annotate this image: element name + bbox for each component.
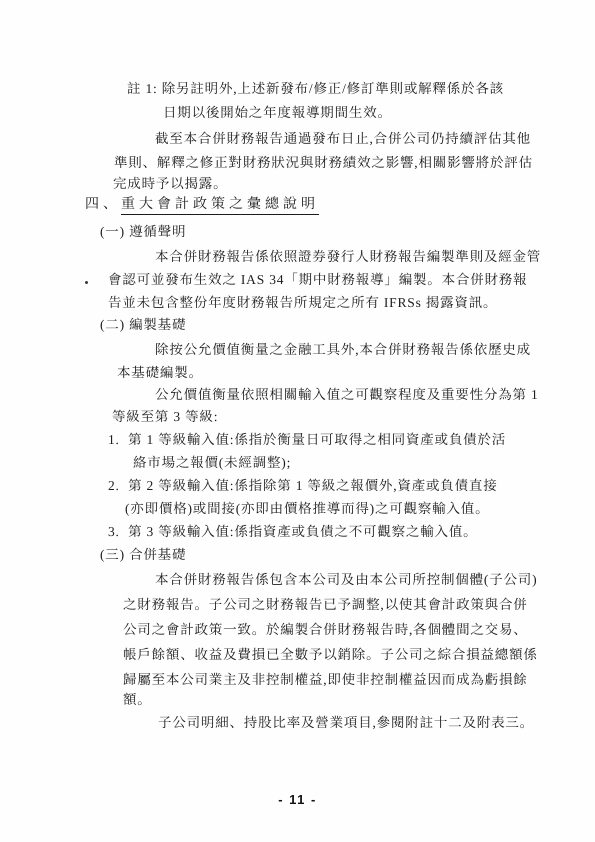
subsection2-item3-line-1: 3. 第 3 等級輸入值:係指資產或負債之不可觀察之輸入值。: [108, 524, 477, 540]
subsection1-para-line-2: 會認可並發布生效之 IAS 34「期中財務報導」編製。本合併財務報: [108, 272, 527, 288]
subsection2-para1-line-1: 除按公允價值衡量之金融工具外,本合併財務報告係依歷史成: [155, 342, 531, 358]
note1-line-2: 日期以後開始之年度報導期間生效。: [163, 105, 392, 121]
subsection2-para1-line-2: 本基礎編製。: [117, 365, 203, 381]
document-page: 註 1: 除另註明外,上述新發布/修正/修訂準則或解釋係於各該 日期以後開始之年…: [0, 0, 595, 842]
intro-paragraph-line-2: 準則、解釋之修正對財務狀況與財務績效之影響,相關影響將於評估: [114, 155, 533, 171]
subsection3-para1-line-5: 歸屬至本公司業主及非控制權益,即使非控制權益因而成為虧損餘: [123, 672, 528, 688]
subsection1-para-line-3: 告並未包含整份年度財務報告所規定之所有 IFRSs 揭露資訊。: [108, 295, 497, 311]
subsection3-para1-line-2: 之財務報告。子公司之財務報告已予調整,以使其會計政策與合併: [123, 597, 528, 613]
note1-line-1: 註 1: 除另註明外,上述新發布/修正/修訂準則或解釋係於各該: [127, 81, 504, 97]
subsection3-para1-line-3: 公司之會計政策一致。於編製合併財務報告時,各個體間之交易、: [123, 622, 528, 638]
subsection2-item2-line-2: (亦即價格)或間接(亦即由價格推導而得)之可觀察輸入值。: [125, 501, 489, 517]
subsection3-para2-line-1: 子公司明細、持股比率及營業項目,參閱附註十二及附表三。: [158, 715, 534, 731]
scan-artifact-dot: [85, 281, 88, 284]
intro-paragraph-line-1: 截至本合併財務報告通過發布日止,合併公司仍持續評估其他: [155, 131, 531, 147]
subsection3-para1-line-6: 額。: [123, 692, 152, 708]
subsection1-para-line-1: 本合併財務報告係依照證券發行人財務報告編製準則及經金管: [155, 249, 541, 265]
subsection2-item2-line-1: 2. 第 2 等級輸入值:係指除第 1 等級之報價外,資產或負債直接: [108, 478, 498, 494]
intro-paragraph-line-3: 完成時予以揭露。: [113, 176, 227, 192]
subsection2-para2-line-2: 等級至第 3 等級:: [112, 409, 218, 425]
subsection1-heading: (一) 遵循聲明: [100, 224, 186, 240]
subsection3-heading: (三) 合併基礎: [100, 547, 186, 563]
section4-heading: 四、重大會計政策之彙總說明: [85, 197, 319, 213]
subsection2-item1-line-2: 絡市場之報價(未經調整);: [133, 455, 291, 471]
section4-title: 重大會計政策之彙總說明: [121, 197, 319, 215]
subsection2-para2-line-1: 公允價值衡量依照相關輸入值之可觀察程度及重要性分為第 1: [155, 387, 539, 403]
page-number: - 11 -: [0, 792, 595, 807]
subsection3-para1-line-1: 本合併財務報告係包含本公司及由本公司所控制個體(子公司): [155, 572, 537, 588]
section4-number: 四、: [85, 197, 121, 212]
subsection3-para1-line-4: 帳戶餘額、收益及費損已全數予以銷除。子公司之綜合損益總額係: [123, 647, 538, 663]
subsection2-heading: (二) 編製基礎: [100, 317, 186, 333]
subsection2-item1-line-1: 1. 第 1 等級輸入值:係指於衡量日可取得之相同資產或負債於活: [108, 432, 506, 448]
